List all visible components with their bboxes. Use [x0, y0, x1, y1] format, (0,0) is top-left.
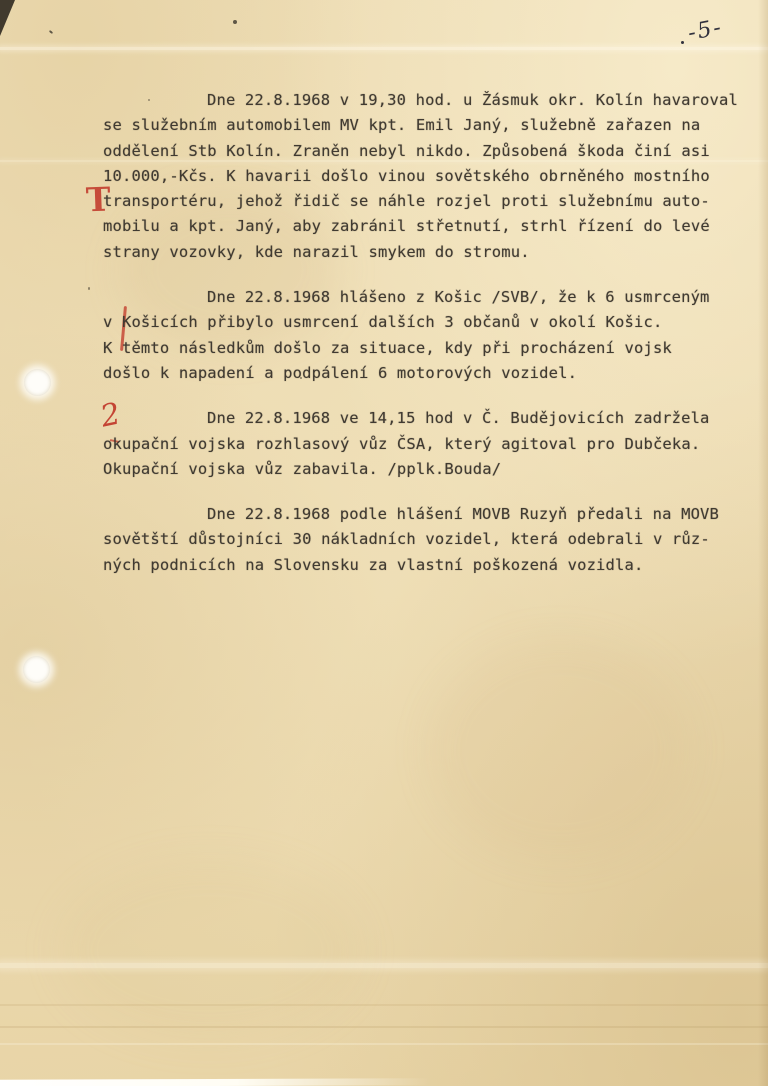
text-line: K těmto následkům došlo za situace, kdy …	[103, 336, 725, 361]
paper-speck	[233, 20, 237, 24]
scan-corner-shadow	[0, 0, 15, 36]
paragraph-3: Dne 22.8.1968 ve 14,15 hod v Č. Budějovi…	[103, 406, 725, 482]
paper-right-edge-shading	[758, 0, 768, 1086]
paper-bottom-edge	[0, 1078, 430, 1086]
text-line: 10.000,-Kčs. K havarii došlo vinou sovět…	[103, 164, 725, 189]
paper-blotch	[60, 860, 360, 1040]
text-line: Dne 22.8.1968 podle hlášení MOVB Ruzyň p…	[103, 502, 725, 527]
text-line: Okupační vojska vůz zabavila. /pplk.Boud…	[103, 457, 725, 482]
paper-speck	[49, 30, 53, 34]
punch-hole-bottom	[23, 656, 50, 683]
ink-dot	[681, 41, 684, 44]
text-line: strany vozovky, kde narazil smykem do st…	[103, 240, 725, 265]
text-line: sovětští důstojníci 30 nákladních vozide…	[103, 527, 725, 552]
fold-crease-line	[0, 1004, 768, 1006]
text-line: se služebním automobilem MV kpt. Emil Ja…	[103, 113, 725, 138]
text-line: ných podnicích na Slovensku za vlastní p…	[103, 553, 725, 578]
paper-speck	[88, 287, 90, 290]
paragraph-4: Dne 22.8.1968 podle hlášení MOVB Ruzyň p…	[103, 502, 725, 578]
text-line: Dne 22.8.1968 hlášeno z Košic /SVB/, že …	[103, 285, 725, 310]
text-line: oddělení Stb Kolín. Zraněn nebyl nikdo. …	[103, 139, 725, 164]
fold-crease-line	[0, 47, 768, 50]
scanned-document-page: -5- T 2 Dne 22.8.1968 v 19,30 hod. u Žás…	[0, 0, 768, 1086]
paper-blotch	[430, 640, 690, 860]
fold-crease-line	[0, 963, 768, 968]
fold-crease-line	[0, 1043, 768, 1045]
punch-hole-top	[24, 369, 51, 396]
text-line: okupační vojska rozhlasový vůz ČSA, kter…	[103, 432, 725, 457]
text-line: Dne 22.8.1968 v 19,30 hod. u Žásmuk okr.…	[103, 88, 725, 113]
page-number: -5-	[686, 15, 725, 46]
text-line: Dne 22.8.1968 ve 14,15 hod v Č. Budějovi…	[103, 406, 725, 431]
paragraph-1: Dne 22.8.1968 v 19,30 hod. u Žásmuk okr.…	[103, 88, 725, 265]
fold-crease-line	[0, 1026, 768, 1028]
typed-text-block: Dne 22.8.1968 v 19,30 hod. u Žásmuk okr.…	[103, 88, 725, 598]
text-line: v Košicích přibylo usmrcení dalších 3 ob…	[103, 310, 725, 335]
text-line: transportéru, jehož řidič se náhle rozje…	[103, 189, 725, 214]
text-line: došlo k napadení a podpálení 6 motorovýc…	[103, 361, 725, 386]
text-line: mobilu a kpt. Janý, aby zabránil střetnu…	[103, 214, 725, 239]
paragraph-2: Dne 22.8.1968 hlášeno z Košic /SVB/, že …	[103, 285, 725, 386]
